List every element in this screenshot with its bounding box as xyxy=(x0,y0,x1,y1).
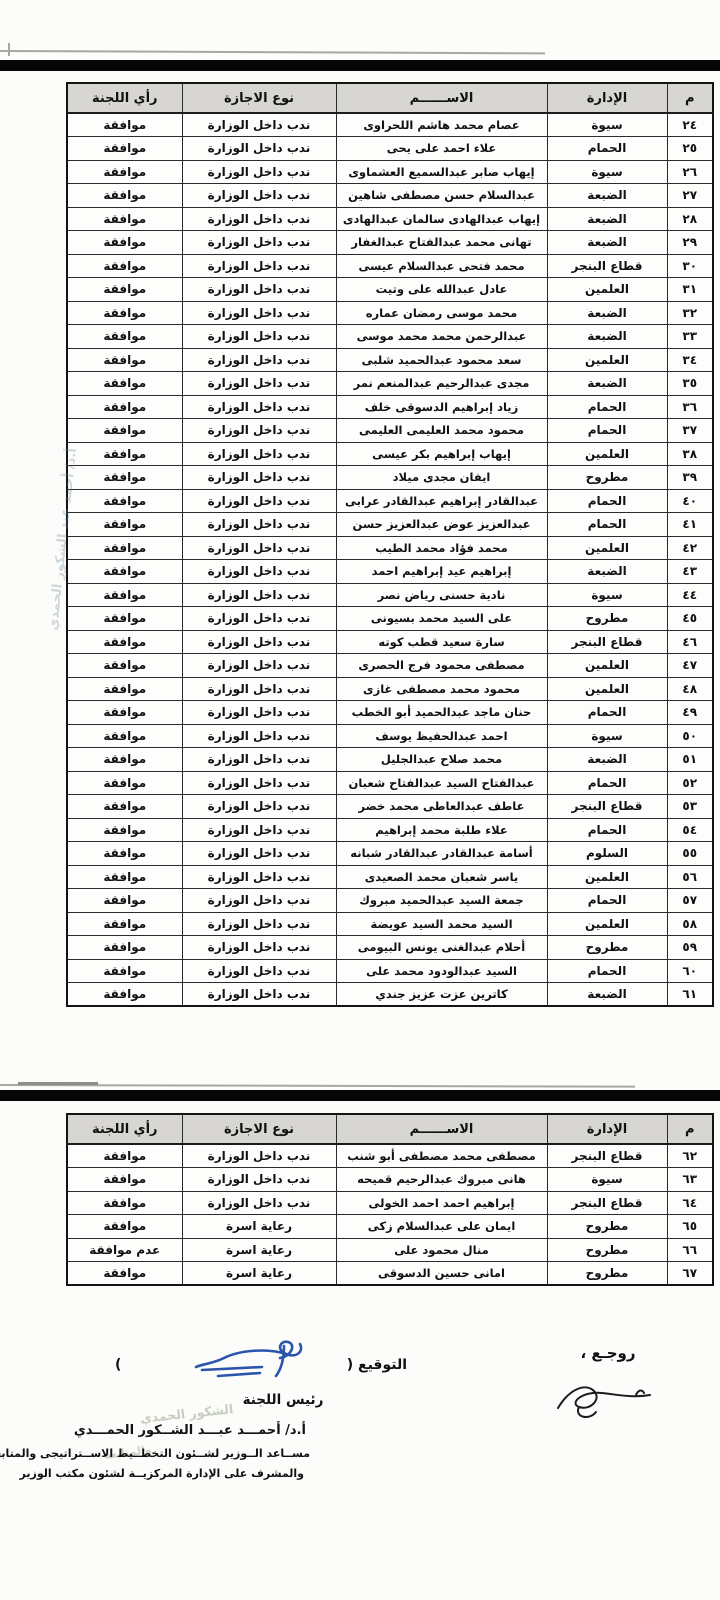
cell-no: ٤٦ xyxy=(667,630,713,654)
cell-name: احمد عبدالحفيظ يوسف xyxy=(336,724,547,748)
signature-close-paren: ) xyxy=(115,1357,121,1373)
cell-dept: الحمام xyxy=(547,771,667,795)
cell-opinion: موافقة xyxy=(67,278,182,302)
cell-no: ٣٩ xyxy=(667,466,713,490)
cell-no: ٦٤ xyxy=(667,1191,713,1215)
cell-no: ٤٠ xyxy=(667,489,713,513)
cell-opinion: موافقة xyxy=(67,959,182,983)
cell-no: ٤٩ xyxy=(667,701,713,725)
cell-name: عبدالقادر إبراهيم عبدالقادر عرابى xyxy=(336,489,547,513)
cell-name: منال محمود على xyxy=(336,1238,547,1262)
page-separator-bar-mid xyxy=(0,1090,720,1101)
cell-opinion: موافقة xyxy=(67,630,182,654)
column-header-leave: نوع الاجازة xyxy=(182,83,336,113)
cell-opinion: موافقة xyxy=(67,889,182,913)
cell-leave: ندب داخل الوزارة xyxy=(182,583,336,607)
scanned-document-page: مالإدارةالاســــــمنوع الاجازةرأي اللجنة… xyxy=(0,0,720,1600)
cell-dept: السلوم xyxy=(547,842,667,866)
cell-opinion: موافقة xyxy=(67,489,182,513)
cell-dept: العلمين xyxy=(547,442,667,466)
cell-leave: ندب داخل الوزارة xyxy=(182,912,336,936)
cell-no: ٣٣ xyxy=(667,325,713,349)
cell-opinion: موافقة xyxy=(67,513,182,537)
cell-dept: مطروح xyxy=(547,1215,667,1239)
cell-name: علاء طلبة محمد إبراهيم xyxy=(336,818,547,842)
table-row: ٤٧العلمينمصطفى محمود فرج الحصرىندب داخل … xyxy=(67,654,713,678)
table-row: ٥٣قطاع البنجرعاطف عبدالعاطى محمد خضرندب … xyxy=(67,795,713,819)
cell-dept: العلمين xyxy=(547,654,667,678)
cell-opinion: موافقة xyxy=(67,936,182,960)
cell-no: ٦٥ xyxy=(667,1215,713,1239)
cell-dept: سيوة xyxy=(547,160,667,184)
cell-name: امانى حسين الدسوقى xyxy=(336,1262,547,1286)
cell-dept: الحمام xyxy=(547,889,667,913)
table-row: ٣٩مطروحايفان مجدى ميلادندب داخل الوزارةم… xyxy=(67,466,713,490)
cell-no: ٢٤ xyxy=(667,113,713,137)
cell-dept: الحمام xyxy=(547,489,667,513)
cell-no: ٥٤ xyxy=(667,818,713,842)
table-row: ٢٩الضبعةتهانى محمد عبدالفتاح عبدالغفارند… xyxy=(67,231,713,255)
cell-no: ٦١ xyxy=(667,983,713,1007)
cell-name: إبراهيم عيد إبراهيم احمد xyxy=(336,560,547,584)
cell-no: ٦٦ xyxy=(667,1238,713,1262)
cell-opinion: موافقة xyxy=(67,818,182,842)
scan-line-top xyxy=(0,50,545,54)
cell-name: زياد إبراهيم الدسوقى خلف xyxy=(336,395,547,419)
cell-dept: الحمام xyxy=(547,818,667,842)
cell-dept: الحمام xyxy=(547,513,667,537)
cell-dept: الضبعة xyxy=(547,325,667,349)
cell-opinion: موافقة xyxy=(67,795,182,819)
cell-opinion: موافقة xyxy=(67,536,182,560)
cell-opinion: موافقة xyxy=(67,254,182,278)
cell-no: ٣٢ xyxy=(667,301,713,325)
cell-opinion: موافقة xyxy=(67,1191,182,1215)
cell-dept: الضبعة xyxy=(547,184,667,208)
cell-name: محمد فتحى عبدالسلام عيسى xyxy=(336,254,547,278)
cell-opinion: موافقة xyxy=(67,301,182,325)
table-header-row: مالإدارةالاســــــمنوع الاجازةرأي اللجنة xyxy=(67,1114,713,1144)
table-row: ٣٠قطاع البنجرمحمد فتحى عبدالسلام عيسىندب… xyxy=(67,254,713,278)
cell-no: ٥٨ xyxy=(667,912,713,936)
cell-leave: ندب داخل الوزارة xyxy=(182,278,336,302)
cell-dept: الحمام xyxy=(547,395,667,419)
table-row: ٤٨العلمينمحمود محمد مصطفى غازىندب داخل ا… xyxy=(67,677,713,701)
cell-dept: العلمين xyxy=(547,278,667,302)
cell-leave: ندب داخل الوزارة xyxy=(182,231,336,255)
cell-dept: مطروح xyxy=(547,1238,667,1262)
cell-opinion: موافقة xyxy=(67,113,182,137)
cell-dept: مطروح xyxy=(547,466,667,490)
cell-dept: الحمام xyxy=(547,959,667,983)
cell-leave: ندب داخل الوزارة xyxy=(182,1191,336,1215)
cell-no: ٤٣ xyxy=(667,560,713,584)
cell-name: هانى مبروك عبدالرحيم قميحه xyxy=(336,1168,547,1192)
cell-leave: ندب داخل الوزارة xyxy=(182,818,336,842)
cell-dept: العلمين xyxy=(547,912,667,936)
cell-dept: الضبعة xyxy=(547,231,667,255)
cell-leave: ندب داخل الوزارة xyxy=(182,254,336,278)
cell-name: عادل عبدالله على وتيت xyxy=(336,278,547,302)
cell-dept: العلمين xyxy=(547,348,667,372)
cell-name: عبدالفتاح السيد عبدالفتاح شعبان xyxy=(336,771,547,795)
cell-dept: سيوة xyxy=(547,583,667,607)
cell-leave: ندب داخل الوزارة xyxy=(182,1168,336,1192)
cell-name: نادية حسنى رياض نصر xyxy=(336,583,547,607)
cell-leave: ندب داخل الوزارة xyxy=(182,160,336,184)
table-row: ٢٥الحمامعلاء احمد على يحىندب داخل الوزار… xyxy=(67,137,713,161)
column-header-name: الاســــــم xyxy=(336,1114,547,1144)
cell-dept: سيوة xyxy=(547,1168,667,1192)
cell-name: علاء احمد على يحى xyxy=(336,137,547,161)
chairman-name: أ.د/ أحمـــد عبـــد الشــكور الحمـــدي xyxy=(94,1423,306,1438)
cell-dept: الضبعة xyxy=(547,560,667,584)
cell-dept: الضبعة xyxy=(547,983,667,1007)
cell-no: ٤٤ xyxy=(667,583,713,607)
table-row: ٤٣الضبعةإبراهيم عيد إبراهيم احمدندب داخل… xyxy=(67,560,713,584)
cell-dept: الضبعة xyxy=(547,207,667,231)
cell-dept: الحمام xyxy=(547,137,667,161)
cell-opinion: موافقة xyxy=(67,865,182,889)
cell-leave: ندب داخل الوزارة xyxy=(182,536,336,560)
cell-no: ٢٧ xyxy=(667,184,713,208)
chairman-role-line1: مســاعد الــوزير لشــئون التخطــيط الاسـ… xyxy=(80,1447,310,1460)
cell-leave: ندب داخل الوزارة xyxy=(182,419,336,443)
cell-opinion: موافقة xyxy=(67,748,182,772)
cell-no: ٣٠ xyxy=(667,254,713,278)
cell-no: ٢٦ xyxy=(667,160,713,184)
cell-opinion: موافقة xyxy=(67,184,182,208)
cell-opinion: موافقة xyxy=(67,1168,182,1192)
cell-leave: ندب داخل الوزارة xyxy=(182,513,336,537)
reviewed-label: روجـع ، xyxy=(578,1344,638,1362)
cell-name: محمد صلاح عبدالجليل xyxy=(336,748,547,772)
cell-opinion: موافقة xyxy=(67,724,182,748)
cell-dept: الضبعة xyxy=(547,301,667,325)
cell-opinion: موافقة xyxy=(67,983,182,1007)
cell-leave: ندب داخل الوزارة xyxy=(182,442,336,466)
cell-name: حنان ماجد عبدالحميد أبو الخطب xyxy=(336,701,547,725)
cell-opinion: موافقة xyxy=(67,395,182,419)
cell-dept: الحمام xyxy=(547,419,667,443)
cell-no: ٤٧ xyxy=(667,654,713,678)
table-row: ٥٧الحمامجمعة السيد عبدالحميد مبروكندب دا… xyxy=(67,889,713,913)
cell-leave: ندب داخل الوزارة xyxy=(182,865,336,889)
cell-dept: الضبعة xyxy=(547,748,667,772)
cell-opinion: موافقة xyxy=(67,677,182,701)
leave-requests-table-2: مالإدارةالاســــــمنوع الاجازةرأي اللجنة… xyxy=(66,1113,714,1286)
cell-no: ٤٨ xyxy=(667,677,713,701)
cell-leave: ندب داخل الوزارة xyxy=(182,325,336,349)
table-row: ٤١الحمامعبدالعزيز عوض عبدالعزيز حسنندب د… xyxy=(67,513,713,537)
table-row: ٥٨العلمينالسيد محمد السيد عويضةندب داخل … xyxy=(67,912,713,936)
cell-dept: قطاع البنجر xyxy=(547,795,667,819)
cell-leave: ندب داخل الوزارة xyxy=(182,748,336,772)
table-row: ٢٦سيوةإيهاب صابر عبدالسميع العشماوىندب د… xyxy=(67,160,713,184)
cell-dept: الحمام xyxy=(547,701,667,725)
column-header-name: الاســــــم xyxy=(336,83,547,113)
cell-no: ٢٨ xyxy=(667,207,713,231)
cell-leave: رعاية اسرة xyxy=(182,1262,336,1286)
cell-name: ايمان على عبدالسلام زكى xyxy=(336,1215,547,1239)
column-header-leave: نوع الاجازة xyxy=(182,1114,336,1144)
cell-opinion: موافقة xyxy=(67,1144,182,1168)
cell-name: السيد محمد السيد عويضة xyxy=(336,912,547,936)
table-row: ٥١الضبعةمحمد صلاح عبدالجليلندب داخل الوز… xyxy=(67,748,713,772)
cell-opinion: موافقة xyxy=(67,372,182,396)
cell-leave: ندب داخل الوزارة xyxy=(182,1144,336,1168)
table-row: ٣٦الحمامزياد إبراهيم الدسوقى خلفندب داخل… xyxy=(67,395,713,419)
cell-opinion: موافقة xyxy=(67,842,182,866)
cell-leave: ندب داخل الوزارة xyxy=(182,466,336,490)
cell-dept: قطاع البنجر xyxy=(547,254,667,278)
cell-dept: قطاع البنجر xyxy=(547,1144,667,1168)
cell-no: ٣٤ xyxy=(667,348,713,372)
cell-no: ٥٧ xyxy=(667,889,713,913)
cell-leave: ندب داخل الوزارة xyxy=(182,983,336,1007)
cell-leave: ندب داخل الوزارة xyxy=(182,137,336,161)
table-row: ٣١العلمينعادل عبدالله على وتيتندب داخل ا… xyxy=(67,278,713,302)
cell-name: عصام محمد هاشم اللحراوى xyxy=(336,113,547,137)
cell-leave: ندب داخل الوزارة xyxy=(182,795,336,819)
cell-no: ٣٦ xyxy=(667,395,713,419)
cell-dept: العلمين xyxy=(547,677,667,701)
cell-name: محمد موسى رمضان عماره xyxy=(336,301,547,325)
table-row: ٦٦مطروحمنال محمود علىرعاية اسرةعدم موافق… xyxy=(67,1238,713,1262)
table-row: ٦١الضبعةكاترين عزت عزيز جنديندب داخل الو… xyxy=(67,983,713,1007)
cell-leave: ندب داخل الوزارة xyxy=(182,560,336,584)
cell-dept: العلمين xyxy=(547,865,667,889)
cell-dept: قطاع البنجر xyxy=(547,1191,667,1215)
column-header-no: م xyxy=(667,1114,713,1144)
cell-leave: ندب داخل الوزارة xyxy=(182,630,336,654)
column-header-dept: الإدارة xyxy=(547,83,667,113)
cell-name: محمود محمد العليمى العليمى xyxy=(336,419,547,443)
cell-name: إيهاب صابر عبدالسميع العشماوى xyxy=(336,160,547,184)
table-row: ٤٠الحمامعبدالقادر إبراهيم عبدالقادر عراب… xyxy=(67,489,713,513)
cell-opinion: موافقة xyxy=(67,583,182,607)
cell-leave: ندب داخل الوزارة xyxy=(182,842,336,866)
cell-name: عبدالسلام حسن مصطفى شاهين xyxy=(336,184,547,208)
cell-name: مجدى عبدالرحيم عبدالمنعم نمر xyxy=(336,372,547,396)
cell-opinion: موافقة xyxy=(67,231,182,255)
cell-name: تهانى محمد عبدالفتاح عبدالغفار xyxy=(336,231,547,255)
cell-leave: ندب داخل الوزارة xyxy=(182,372,336,396)
table-row: ٦٣سيوةهانى مبروك عبدالرحيم قميحهندب داخل… xyxy=(67,1168,713,1192)
cell-no: ٣١ xyxy=(667,278,713,302)
cell-leave: ندب داخل الوزارة xyxy=(182,654,336,678)
leave-requests-table-1: مالإدارةالاســــــمنوع الاجازةرأي اللجنة… xyxy=(66,82,714,1007)
table-row: ٥٩مطروحأحلام عبدالغنى يونس البيومىندب دا… xyxy=(67,936,713,960)
cell-no: ٥٥ xyxy=(667,842,713,866)
cell-leave: ندب داخل الوزارة xyxy=(182,677,336,701)
table-row: ٥٢الحمامعبدالفتاح السيد عبدالفتاح شعبانن… xyxy=(67,771,713,795)
cell-no: ٢٩ xyxy=(667,231,713,255)
table-row: ٣٢الضبعةمحمد موسى رمضان عمارهندب داخل ال… xyxy=(67,301,713,325)
cell-name: محمود محمد مصطفى غازى xyxy=(336,677,547,701)
cell-dept: الضبعة xyxy=(547,372,667,396)
table-row: ٥٦العلمينياسر شعبان محمد الصعيدىندب داخل… xyxy=(67,865,713,889)
cell-no: ٦٢ xyxy=(667,1144,713,1168)
cell-opinion: موافقة xyxy=(67,1262,182,1286)
table-row: ٣٣الضبعةعبدالرحمن محمد محمد موسىندب داخل… xyxy=(67,325,713,349)
scan-tick-top xyxy=(8,43,10,56)
cell-no: ٢٥ xyxy=(667,137,713,161)
cell-name: سعد محمود عبدالحميد شلبى xyxy=(336,348,547,372)
cell-leave: ندب داخل الوزارة xyxy=(182,395,336,419)
cell-name: على السيد محمد بسيونى xyxy=(336,607,547,631)
table-row: ٦٢قطاع البنجرمصطفى محمد مصطفى أبو شنبندب… xyxy=(67,1144,713,1168)
chairman-signature-ink xyxy=(188,1334,310,1384)
cell-name: إيهاب إبراهيم بكر عيسى xyxy=(336,442,547,466)
table-row: ٦٥مطروحايمان على عبدالسلام زكىرعاية اسرة… xyxy=(67,1215,713,1239)
cell-opinion: موافقة xyxy=(67,701,182,725)
cell-opinion: موافقة xyxy=(67,912,182,936)
table-row: ٤٤سيوةنادية حسنى رياض نصرندب داخل الوزار… xyxy=(67,583,713,607)
column-header-no: م xyxy=(667,83,713,113)
cell-no: ٤٢ xyxy=(667,536,713,560)
cell-no: ٥٣ xyxy=(667,795,713,819)
table-row: ٤٢العلمينمحمد فؤاد محمد الطيبندب داخل ال… xyxy=(67,536,713,560)
column-header-opinion: رأي اللجنة xyxy=(67,1114,182,1144)
reviewer-signature-ink xyxy=(548,1374,656,1426)
table-row: ٢٤سيوةعصام محمد هاشم اللحراوىندب داخل ال… xyxy=(67,113,713,137)
cell-leave: رعاية اسرة xyxy=(182,1238,336,1262)
cell-name: جمعة السيد عبدالحميد مبروك xyxy=(336,889,547,913)
table-row: ٤٥مطروحعلى السيد محمد بسيونىندب داخل الو… xyxy=(67,607,713,631)
cell-name: كاترين عزت عزيز جندي xyxy=(336,983,547,1007)
cell-name: سارة سعيد قطب كوته xyxy=(336,630,547,654)
cell-dept: سيوة xyxy=(547,724,667,748)
cell-opinion: موافقة xyxy=(67,771,182,795)
table-row: ٥٥السلومأسامة عبدالقادر عبدالقادر شبانهن… xyxy=(67,842,713,866)
cell-dept: العلمين xyxy=(547,536,667,560)
column-header-opinion: رأي اللجنة xyxy=(67,83,182,113)
cell-leave: ندب داخل الوزارة xyxy=(182,771,336,795)
cell-name: السيد عبدالودود محمد على xyxy=(336,959,547,983)
chairman-title: رئيس اللجنة xyxy=(232,1392,334,1408)
cell-opinion: موافقة xyxy=(67,160,182,184)
cell-name: عاطف عبدالعاطى محمد خضر xyxy=(336,795,547,819)
table-row: ٥٤الحمامعلاء طلبة محمد إبراهيمندب داخل ا… xyxy=(67,818,713,842)
cell-opinion: موافقة xyxy=(67,325,182,349)
cell-no: ٥٩ xyxy=(667,936,713,960)
cell-no: ٤٥ xyxy=(667,607,713,631)
cell-opinion: موافقة xyxy=(67,207,182,231)
column-header-dept: الإدارة xyxy=(547,1114,667,1144)
cell-name: عبدالرحمن محمد محمد موسى xyxy=(336,325,547,349)
table-row: ٤٩الحمامحنان ماجد عبدالحميد أبو الخطبندب… xyxy=(67,701,713,725)
table-row: ٣٧الحماممحمود محمد العليمى العليمىندب دا… xyxy=(67,419,713,443)
cell-dept: مطروح xyxy=(547,1262,667,1286)
table-row: ٢٨الضبعةإيهاب عبدالهادى سالمان عبدالهادى… xyxy=(67,207,713,231)
cell-no: ٣٥ xyxy=(667,372,713,396)
cell-no: ٥٠ xyxy=(667,724,713,748)
cell-dept: مطروح xyxy=(547,607,667,631)
cell-name: ياسر شعبان محمد الصعيدى xyxy=(336,865,547,889)
cell-leave: ندب داخل الوزارة xyxy=(182,701,336,725)
table-row: ٣٨العلمينإيهاب إبراهيم بكر عيسىندب داخل … xyxy=(67,442,713,466)
cell-name: مصطفى محمد مصطفى أبو شنب xyxy=(336,1144,547,1168)
cell-no: ٥٦ xyxy=(667,865,713,889)
cell-opinion: موافقة xyxy=(67,1215,182,1239)
cell-name: ايفان مجدى ميلاد xyxy=(336,466,547,490)
cell-leave: ندب داخل الوزارة xyxy=(182,348,336,372)
table-row: ٣٥الضبعةمجدى عبدالرحيم عبدالمنعم نمرندب … xyxy=(67,372,713,396)
cell-opinion: موافقة xyxy=(67,466,182,490)
cell-opinion: موافقة xyxy=(67,607,182,631)
cell-leave: ندب داخل الوزارة xyxy=(182,936,336,960)
cell-leave: ندب داخل الوزارة xyxy=(182,607,336,631)
cell-opinion: موافقة xyxy=(67,419,182,443)
cell-name: إيهاب عبدالهادى سالمان عبدالهادى xyxy=(336,207,547,231)
chairman-role-line2: والمشرف على الإدارة المركزيــة لشئون مكت… xyxy=(88,1467,304,1480)
cell-leave: ندب داخل الوزارة xyxy=(182,489,336,513)
cell-name: مصطفى محمود فرج الحصرى xyxy=(336,654,547,678)
signature-label: التوقيع ( xyxy=(347,1357,407,1373)
cell-opinion: موافقة xyxy=(67,348,182,372)
cell-no: ٣٨ xyxy=(667,442,713,466)
cell-leave: ندب داخل الوزارة xyxy=(182,301,336,325)
cell-name: محمد فؤاد محمد الطيب xyxy=(336,536,547,560)
cell-opinion: موافقة xyxy=(67,560,182,584)
cell-dept: سيوة xyxy=(547,113,667,137)
cell-opinion: موافقة xyxy=(67,137,182,161)
cell-leave: ندب داخل الوزارة xyxy=(182,959,336,983)
cell-name: عبدالعزيز عوض عبدالعزيز حسن xyxy=(336,513,547,537)
table-row: ٥٠سيوةاحمد عبدالحفيظ يوسفندب داخل الوزار… xyxy=(67,724,713,748)
table-row: ٣٤العلمينسعد محمود عبدالحميد شلبىندب داخ… xyxy=(67,348,713,372)
page-separator-bar-top xyxy=(0,60,720,71)
cell-opinion: موافقة xyxy=(67,654,182,678)
cell-leave: ندب داخل الوزارة xyxy=(182,113,336,137)
cell-leave: ندب داخل الوزارة xyxy=(182,207,336,231)
cell-no: ٦٧ xyxy=(667,1262,713,1286)
cell-opinion: موافقة xyxy=(67,442,182,466)
cell-no: ٤١ xyxy=(667,513,713,537)
table-row: ٦٠الحمامالسيد عبدالودود محمد علىندب داخل… xyxy=(67,959,713,983)
cell-opinion: عدم موافقة xyxy=(67,1238,182,1262)
cell-name: أسامة عبدالقادر عبدالقادر شبانه xyxy=(336,842,547,866)
table-header-row: مالإدارةالاســــــمنوع الاجازةرأي اللجنة xyxy=(67,83,713,113)
scan-tick-mid xyxy=(18,1082,98,1085)
cell-dept: مطروح xyxy=(547,936,667,960)
table-row: ٦٤قطاع البنجرإبراهيم احمد احمد الخولىندب… xyxy=(67,1191,713,1215)
cell-dept: قطاع البنجر xyxy=(547,630,667,654)
cell-leave: ندب داخل الوزارة xyxy=(182,184,336,208)
cell-no: ٥٢ xyxy=(667,771,713,795)
cell-name: إبراهيم احمد احمد الخولى xyxy=(336,1191,547,1215)
cell-leave: ندب داخل الوزارة xyxy=(182,724,336,748)
cell-name: أحلام عبدالغنى يونس البيومى xyxy=(336,936,547,960)
cell-no: ٦٣ xyxy=(667,1168,713,1192)
cell-no: ٥١ xyxy=(667,748,713,772)
cell-leave: رعاية اسرة xyxy=(182,1215,336,1239)
cell-no: ٣٧ xyxy=(667,419,713,443)
table-row: ٤٦قطاع البنجرسارة سعيد قطب كوتهندب داخل … xyxy=(67,630,713,654)
table-row: ٦٧مطروحامانى حسين الدسوقىرعاية اسرةموافق… xyxy=(67,1262,713,1286)
cell-leave: ندب داخل الوزارة xyxy=(182,889,336,913)
cell-no: ٦٠ xyxy=(667,959,713,983)
table-row: ٢٧الضبعةعبدالسلام حسن مصطفى شاهينندب داخ… xyxy=(67,184,713,208)
